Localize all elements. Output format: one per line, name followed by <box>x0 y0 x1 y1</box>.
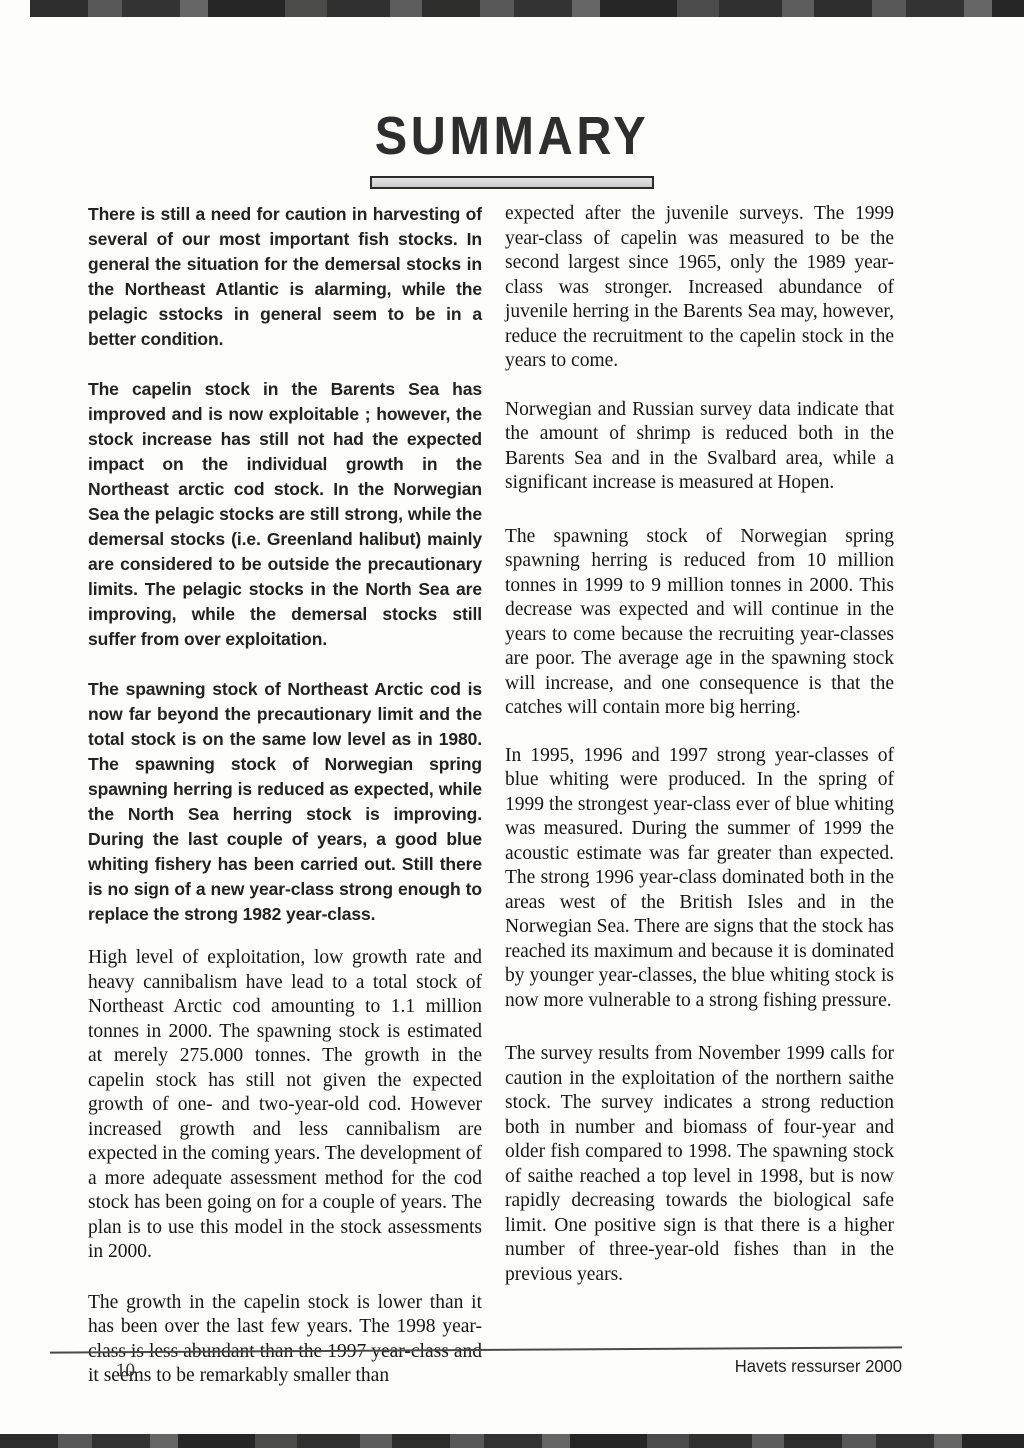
title-divider <box>370 176 654 189</box>
paragraph-capelin-growth: The growth in the capelin stock is lower… <box>88 1291 482 1389</box>
paragraph-saithe-survey: The survey results from November 1999 ca… <box>505 1042 894 1287</box>
body-columns: There is still a need for caution in har… <box>88 202 894 1389</box>
page-title: SUMMARY <box>51 108 973 164</box>
paragraph-juvenile-surveys: expected after the juvenile surveys. The… <box>505 202 894 374</box>
scan-artifact-bottom <box>0 1434 1024 1448</box>
paragraph-caution-harvesting: There is still a need for caution in har… <box>88 202 482 352</box>
scan-artifact-top <box>30 0 1024 17</box>
left-column: There is still a need for caution in har… <box>88 202 482 1389</box>
paragraph-spawning-stock-cod: The spawning stock of Northeast Arctic c… <box>88 677 482 927</box>
paragraph-high-exploitation: High level of exploitation, low growth r… <box>88 946 482 1265</box>
paragraph-blue-whiting: In 1995, 1996 and 1997 strong year-class… <box>505 744 894 1014</box>
page-number: 10 <box>116 1360 135 1382</box>
document-page: SUMMARY There is still a need for cautio… <box>0 0 1024 1448</box>
publication-title: Havets ressurser 2000 <box>735 1356 902 1377</box>
right-column: expected after the juvenile surveys. The… <box>505 202 894 1389</box>
paragraph-capelin-barents: The capelin stock in the Barents Sea has… <box>88 377 482 652</box>
paragraph-shrimp-surveys: Norwegian and Russian survey data indica… <box>505 398 894 496</box>
paragraph-herring-spawning: The spawning stock of Norwegian spring s… <box>505 525 894 721</box>
